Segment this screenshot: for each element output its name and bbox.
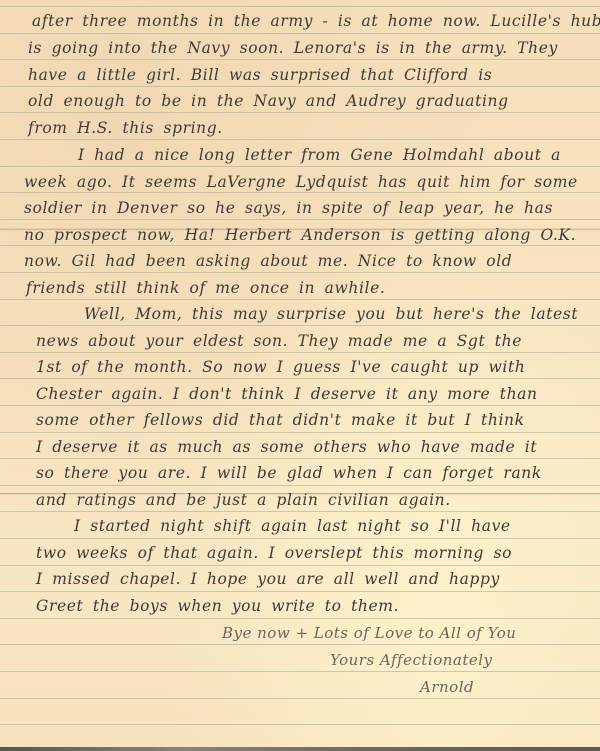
ruled-line [0, 432, 600, 433]
letter-line: I deserve it as much as some others who … [36, 438, 537, 456]
ruled-line [0, 671, 600, 672]
letter-line: I had a nice long letter from Gene Holmd… [78, 146, 561, 164]
letter-line: and ratings and be just a plain civilian… [36, 491, 451, 509]
letter-line: after three months in the army - is at h… [32, 12, 600, 30]
ruled-line [0, 618, 600, 619]
ruled-line [0, 485, 600, 486]
ruled-line [0, 33, 600, 34]
ruled-line [0, 405, 600, 406]
ruled-line [0, 538, 600, 539]
ruled-line [0, 59, 600, 60]
closing-farewell: Bye now + Lots of Love to All of You [222, 624, 516, 642]
ruled-line [0, 565, 600, 566]
letter-line: some other fellows did that didn't make … [36, 411, 525, 429]
letter-line: old enough to be in the Navy and Audrey … [28, 92, 509, 110]
ruled-line [0, 112, 600, 113]
closing-signature: Arnold [420, 678, 474, 696]
letter-line: soldier in Denver so he says, in spite o… [24, 199, 553, 217]
letter-line: no prospect now, Ha! Herbert Anderson is… [24, 226, 576, 244]
letter-line: from H.S. this spring. [28, 119, 223, 137]
ruled-line [0, 166, 600, 167]
ruled-line [0, 192, 600, 193]
ruled-line [0, 6, 600, 7]
ruled-line [0, 591, 600, 592]
letter-line: is going into the Navy soon. Lenora's is… [28, 39, 558, 57]
ruled-line [0, 325, 600, 326]
scan-bottom-edge [0, 747, 600, 751]
letter-line: news about your eldest son. They made me… [36, 332, 522, 350]
ruled-line [0, 219, 600, 220]
letter-line: Well, Mom, this may surprise you but her… [84, 305, 578, 323]
ruled-line [0, 245, 600, 246]
letter-line: now. Gil had been asking about me. Nice … [24, 252, 512, 270]
ruled-line [0, 458, 600, 459]
letter-line: 1st of the month. So now I guess I've ca… [36, 358, 525, 376]
closing-valediction: Yours Affectionately [330, 651, 493, 669]
letter-line: week ago. It seems LaVergne Lydquist has… [24, 173, 578, 191]
ruled-line [0, 352, 600, 353]
letter-line: Greet the boys when you write to them. [36, 597, 399, 615]
letter-line: so there you are. I will be glad when I … [36, 464, 542, 482]
letter-line: I missed chapel. I hope you are all well… [36, 570, 500, 588]
ruled-line [0, 272, 600, 273]
letter-line: two weeks of that again. I overslept thi… [36, 544, 512, 562]
letter-page: after three months in the army - is at h… [0, 0, 600, 747]
letter-line: Chester again. I don't think I deserve i… [36, 385, 538, 403]
ruled-line [0, 378, 600, 379]
ruled-line [0, 299, 600, 300]
ruled-line [0, 139, 600, 140]
letter-line: have a little girl. Bill was surprised t… [28, 66, 492, 84]
letter-line: friends still think of me once in awhile… [26, 279, 385, 297]
ruled-line [0, 698, 600, 699]
ruled-line [0, 644, 600, 645]
ruled-line [0, 724, 600, 725]
ruled-line [0, 511, 600, 512]
letter-line: I started night shift again last night s… [74, 517, 511, 535]
ruled-line [0, 86, 600, 87]
